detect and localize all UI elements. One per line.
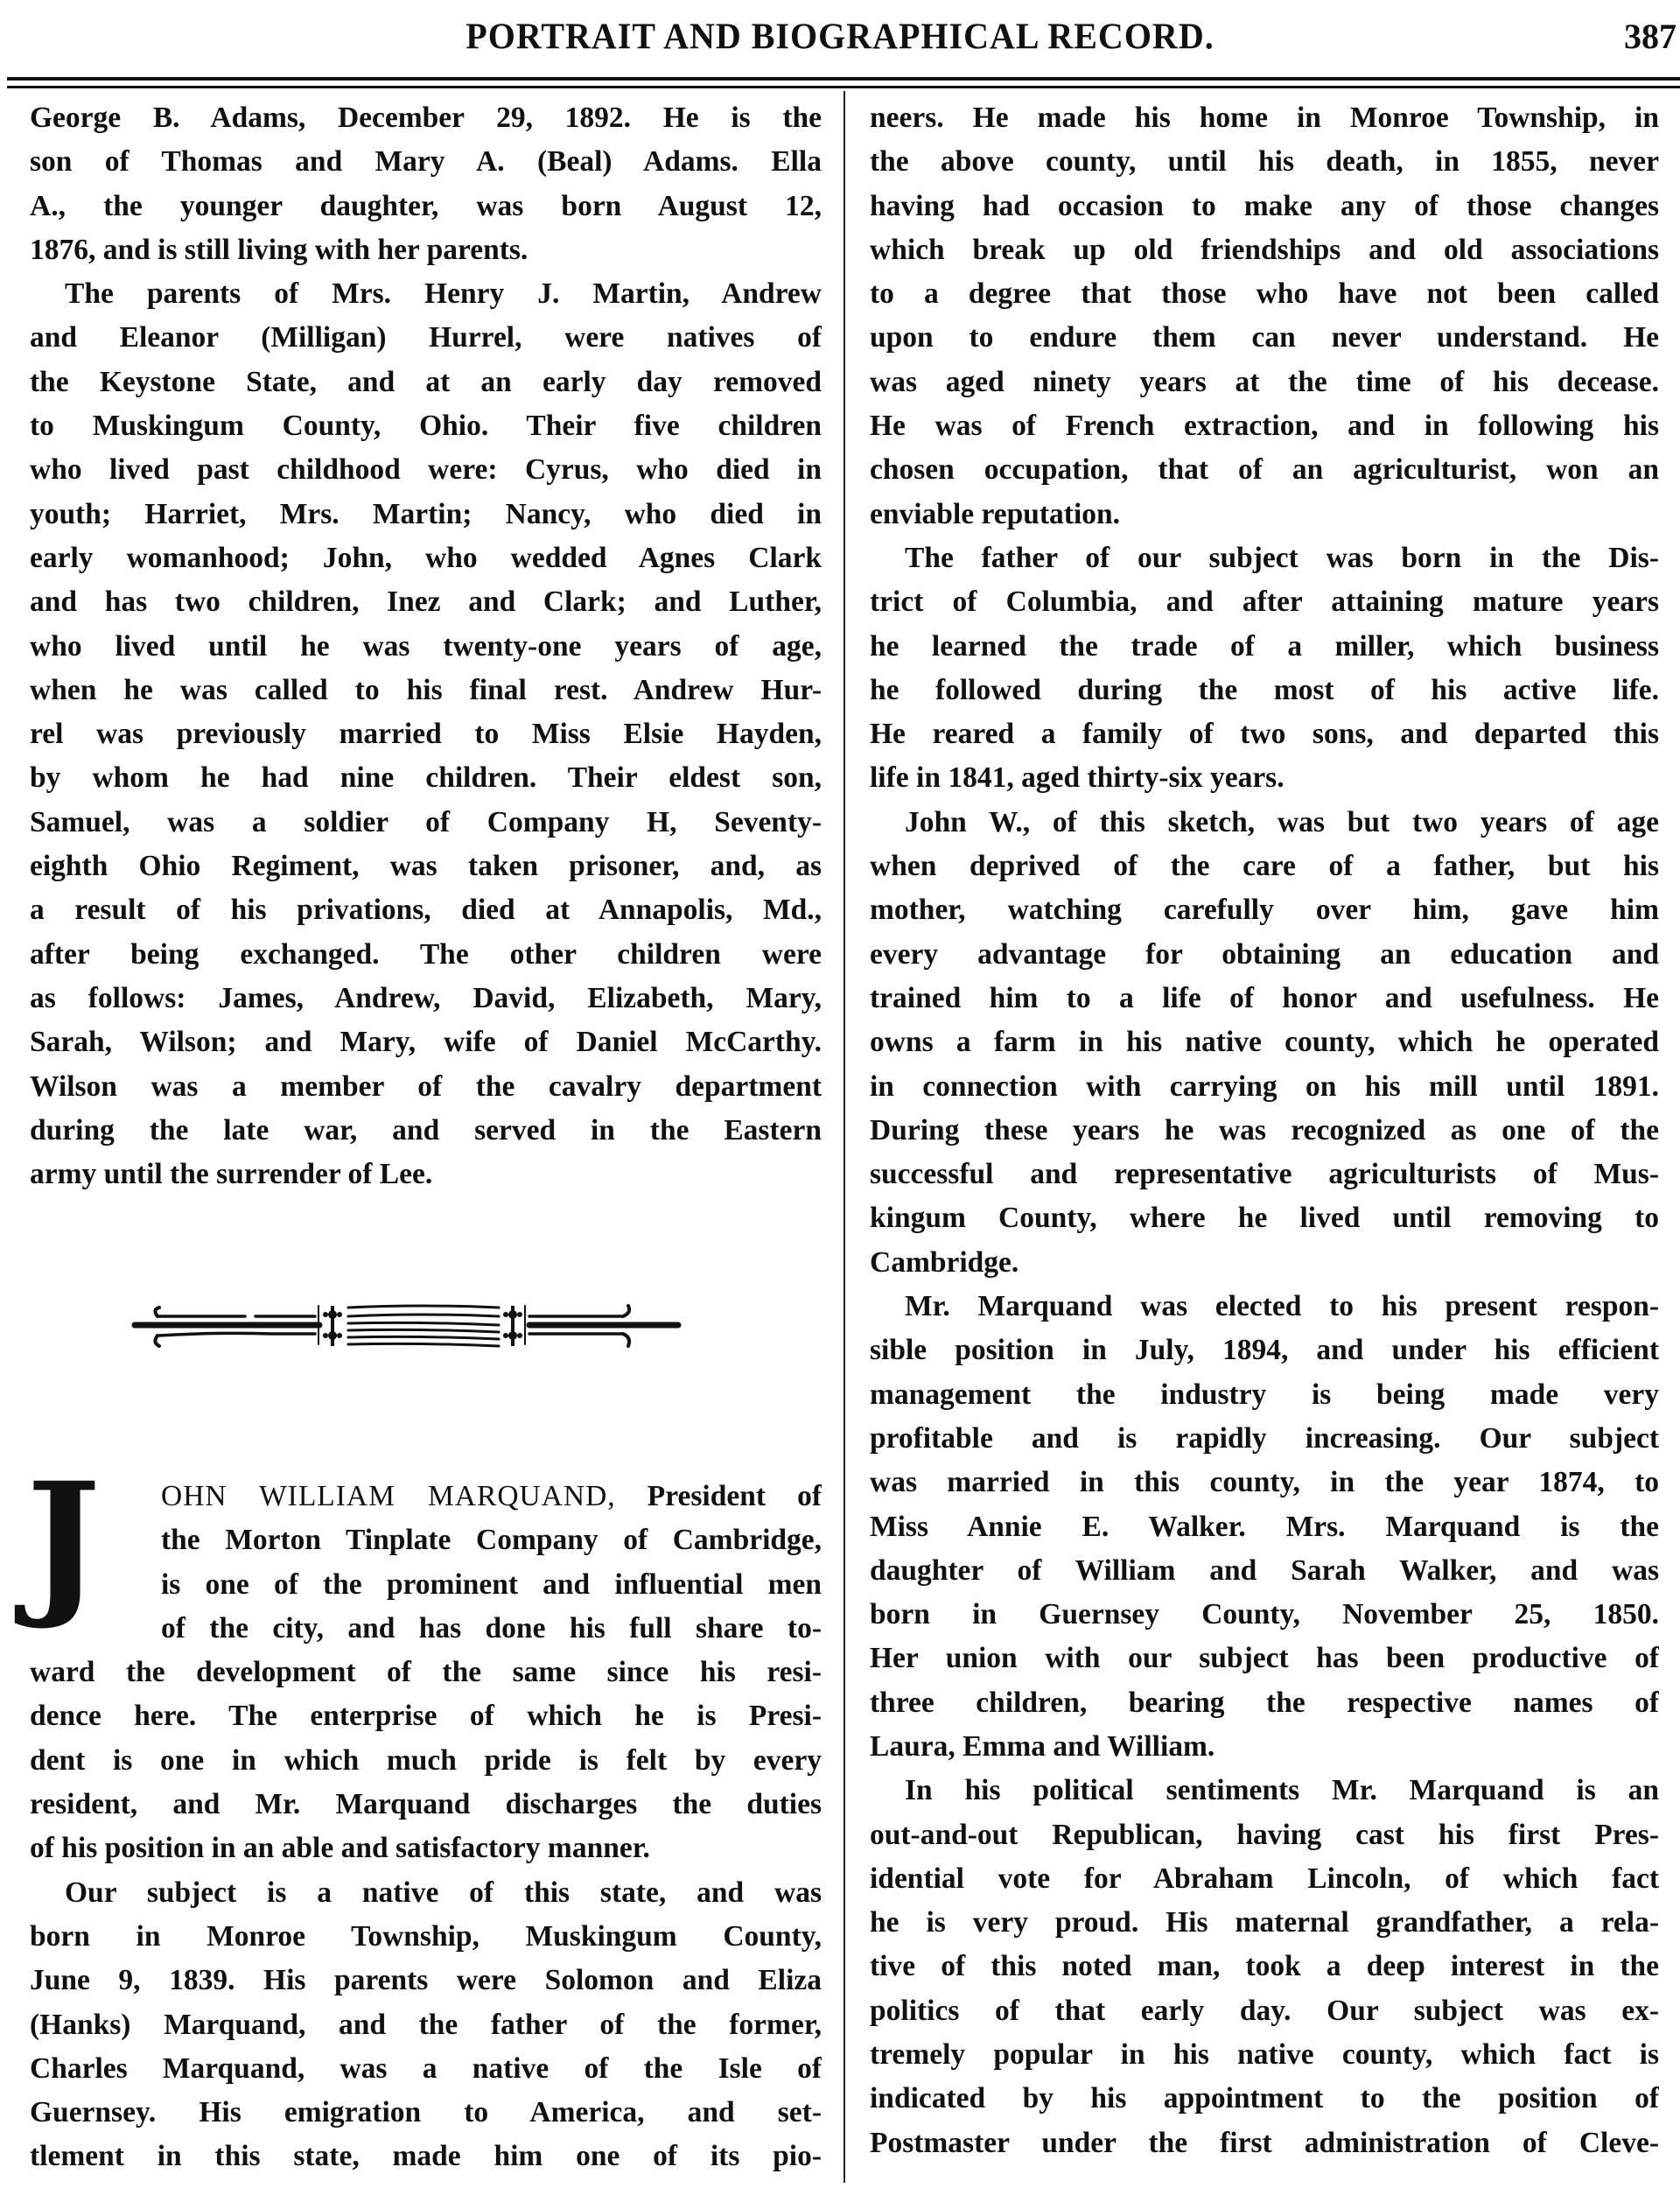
header-rule-top	[7, 77, 1680, 81]
text-line: he is very proud. His maternal grandfath…	[870, 1901, 1659, 1945]
paragraph-start-line: In his political sentiments Mr. Marquand…	[870, 1769, 1659, 1813]
left-column: George B. Adams, December 29, 1892. He i…	[30, 96, 822, 1196]
text-line: a result of his privations, died at Anna…	[30, 888, 822, 932]
text-line: youth; Harriet, Mrs. Martin; Nancy, who …	[30, 493, 822, 536]
text-line: and Eleanor (Milligan) Hurrel, were nati…	[30, 316, 822, 360]
text-line: and has two children, Inez and Clark; an…	[30, 580, 822, 624]
text-line: He reared a family of two sons, and depa…	[870, 712, 1659, 756]
text-line: was married in this county, in the year …	[870, 1461, 1659, 1504]
text-line: George B. Adams, December 29, 1892. He i…	[30, 96, 822, 140]
text-line: enviable reputation.	[870, 493, 1659, 536]
header-rule-bottom	[7, 86, 1680, 88]
text-line: the Keystone State, and at an early day …	[30, 361, 822, 404]
paragraph-start-line: Mr. Marquand was elected to his present …	[870, 1285, 1659, 1329]
text-line: by whom he had nine children. Their elde…	[30, 756, 822, 800]
paragraph-start-line: John W., of this sketch, was but two yea…	[870, 801, 1659, 845]
text-line: Samuel, was a soldier of Company H, Seve…	[30, 801, 822, 845]
text-line: owns a farm in his native county, which …	[870, 1020, 1659, 1064]
text-line: neers. He made his home in Monroe Townsh…	[870, 96, 1659, 140]
text-line: during the late war, and served in the E…	[30, 1109, 822, 1153]
text-line: ward the development of the same since h…	[30, 1651, 822, 1694]
text-line: son of Thomas and Mary A. (Beal) Adams. …	[30, 140, 822, 184]
page-header: PORTRAIT AND BIOGRAPHICAL RECORD. 387	[0, 16, 1680, 60]
text-line: He was of French extraction, and in foll…	[870, 404, 1659, 448]
text-line: 1876, and is still living with her paren…	[30, 228, 822, 272]
text-line: when he was called to his final rest. An…	[30, 669, 822, 712]
text-line: idential vote for Abraham Lincoln, of wh…	[870, 1857, 1659, 1901]
text-line: rel was previously married to Miss Elsie…	[30, 712, 822, 756]
article-heading-line: OHN WILLIAM MARQUAND, President of	[30, 1475, 822, 1518]
text-line: Miss Annie E. Walker. Mrs. Marquand is t…	[870, 1505, 1659, 1549]
text-line: who lived until he was twenty-one years …	[30, 625, 822, 669]
text-line: dence here. The enterprise of which he i…	[30, 1694, 822, 1738]
text-line: was aged ninety years at the time of his…	[870, 361, 1659, 404]
text-line: management the industry is being made ve…	[870, 1373, 1659, 1417]
text-line: is one of the prominent and influential …	[30, 1563, 822, 1607]
text-line: of his position in an able and satisfact…	[30, 1827, 822, 1870]
text-line: the above county, until his death, in 18…	[870, 140, 1659, 184]
text-line: Wilson was a member of the cavalry depar…	[30, 1065, 822, 1109]
text-line: daughter of William and Sarah Walker, an…	[870, 1549, 1659, 1593]
running-title: PORTRAIT AND BIOGRAPHICAL RECORD.	[0, 15, 1680, 58]
text-line: out-and-out Republican, having cast his …	[870, 1813, 1659, 1857]
text-line: when deprived of the care of a father, b…	[870, 845, 1659, 888]
text-line: profitable and is rapidly increasing. Ou…	[870, 1417, 1659, 1461]
text-line: Laura, Emma and William.	[870, 1725, 1659, 1769]
text-line: sible position in July, 1894, and under …	[870, 1329, 1659, 1372]
text-line: tremely popular in his native county, wh…	[870, 2033, 1659, 2077]
text-line: the Morton Tinplate Company of Cambridge…	[30, 1518, 822, 1562]
text-line: life in 1841, aged thirty-six years.	[870, 756, 1659, 800]
text-line: who lived past childhood were: Cyrus, wh…	[30, 448, 822, 492]
right-column: neers. He made his home in Monroe Townsh…	[870, 96, 1659, 2165]
text-line: June 9, 1839. His parents were Solomon a…	[30, 1959, 822, 2002]
text-line: A., the younger daughter, was born Augus…	[30, 185, 822, 228]
text-line: tive of this noted man, took a deep inte…	[870, 1945, 1659, 1988]
text-line: he followed during the most of his activ…	[870, 669, 1659, 712]
text-line: having had occasion to make any of those…	[870, 185, 1659, 228]
decorative-divider-icon	[131, 1295, 709, 1357]
text-line: Postmaster under the first administratio…	[870, 2121, 1659, 2165]
paragraph-start-line: The parents of Mrs. Henry J. Martin, And…	[30, 272, 822, 316]
text-line: politics of that early day. Our subject …	[870, 1989, 1659, 2033]
text-line: to a degree that those who have not been…	[870, 272, 1659, 316]
text-line: upon to endure them can never understand…	[870, 316, 1659, 360]
text-line: to Muskingum County, Ohio. Their five ch…	[30, 404, 822, 448]
text-line: Guernsey. His emigration to America, and…	[30, 2091, 822, 2135]
text-line: tlement in this state, made him one of i…	[30, 2135, 822, 2178]
paragraph-start-line: The father of our subject was born in th…	[870, 536, 1659, 580]
text-line: as follows: James, Andrew, David, Elizab…	[30, 977, 822, 1020]
text-line: born in Monroe Township, Muskingum Count…	[30, 1915, 822, 1959]
text-line: resident, and Mr. Marquand discharges th…	[30, 1783, 822, 1827]
paragraph-start-line: Our subject is a native of this state, a…	[30, 1871, 822, 1915]
text-line: in connection with carrying on his mill …	[870, 1065, 1659, 1109]
text-line: three children, bearing the respective n…	[870, 1681, 1659, 1725]
text-line: dent is one in which much pride is felt …	[30, 1739, 822, 1783]
text-line: mother, watching carefully over him, gav…	[870, 888, 1659, 932]
article-marquand: OHN WILLIAM MARQUAND, President of the M…	[30, 1475, 822, 2179]
text-line: which break up old friendships and old a…	[870, 228, 1659, 272]
text-line: army until the surrender of Lee.	[30, 1153, 822, 1196]
text-line: trained him to a life of honor and usefu…	[870, 977, 1659, 1020]
text-line: successful and representative agricultur…	[870, 1153, 1659, 1196]
text-line: Her union with our subject has been prod…	[870, 1637, 1659, 1680]
text-line: he learned the trade of a miller, which …	[870, 625, 1659, 669]
text-line: Cambridge.	[870, 1241, 1659, 1285]
text-line: every advantage for obtaining an educati…	[870, 933, 1659, 977]
article-heading-rest: President of	[616, 1480, 822, 1512]
page-number: 387	[1624, 16, 1676, 57]
text-line: Charles Marquand, was a native of the Is…	[30, 2047, 822, 2091]
text-line: early womanhood; John, who wedded Agnes …	[30, 536, 822, 580]
text-line: During these years he was recognized as …	[870, 1109, 1659, 1153]
text-line: trict of Columbia, and after attaining m…	[870, 580, 1659, 624]
text-line: after being exchanged. The other childre…	[30, 933, 822, 977]
text-line: chosen occupation, that of an agricultur…	[870, 448, 1659, 492]
text-line: kingum County, where he lived until remo…	[870, 1196, 1659, 1240]
column-divider	[843, 91, 845, 2183]
text-line: born in Guernsey County, November 25, 18…	[870, 1593, 1659, 1637]
text-line: (Hanks) Marquand, and the father of the …	[30, 2003, 822, 2047]
text-line: Sarah, Wilson; and Mary, wife of Daniel …	[30, 1020, 822, 1064]
text-line: of the city, and has done his full share…	[30, 1607, 822, 1651]
article-subject-name: OHN WILLIAM MARQUAND,	[161, 1480, 616, 1512]
text-line: indicated by his appointment to the posi…	[870, 2077, 1659, 2121]
text-line: eighth Ohio Regiment, was taken prisoner…	[30, 845, 822, 888]
